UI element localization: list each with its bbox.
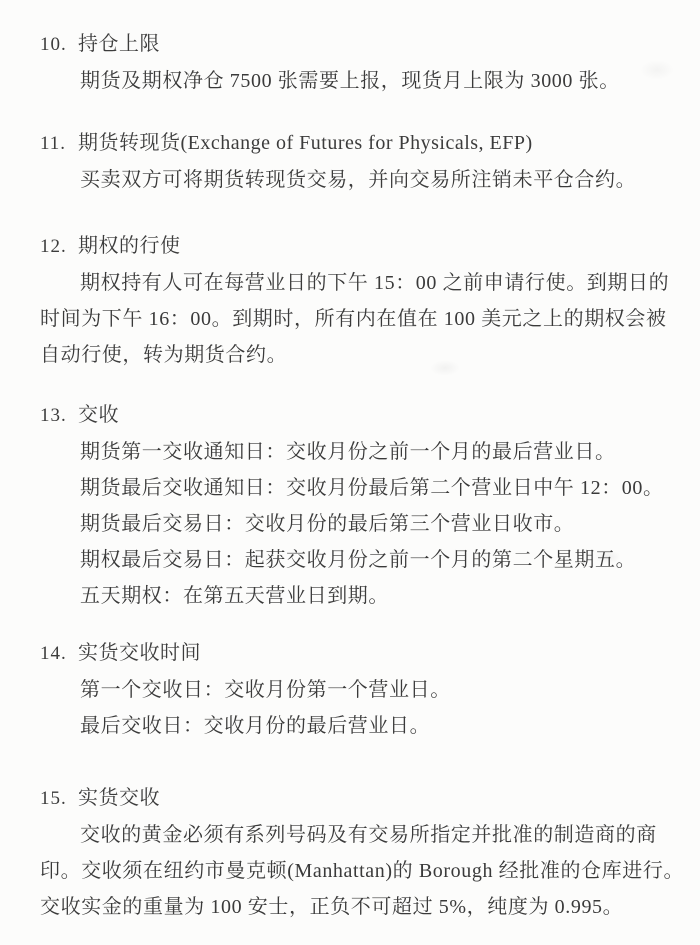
body-line: 时间为下午 16：00。到期时，所有内在值在 100 美元之上的期权会被: [40, 301, 662, 337]
section-title: 交收: [78, 404, 119, 426]
body-line: 交收的黄金必须有系列号码及有交易所指定并批准的制造商的商: [40, 817, 662, 853]
section-title: 实货交收: [78, 787, 160, 809]
section-title: 持仓上限: [78, 33, 160, 55]
body-line: 期权持有人可在每营业日的下午 15：00 之前申请行使。到期日的: [40, 265, 662, 301]
section-body: 第一个交收日：交收月份第一个营业日。 最后交收日：交收月份的最后营业日。: [40, 672, 662, 744]
body-line: 第一个交收日：交收月份第一个营业日。: [40, 672, 662, 708]
section-number: 10.: [40, 27, 78, 63]
section-heading: 13.交收: [40, 397, 662, 434]
body-line: 最后交收日：交收月份的最后营业日。: [40, 708, 662, 744]
section-body: 期权持有人可在每营业日的下午 15：00 之前申请行使。到期日的 时间为下午 1…: [40, 265, 662, 373]
section-title: 实货交收时间: [78, 642, 201, 664]
section-number: 14.: [40, 636, 78, 672]
section-number: 13.: [40, 398, 78, 434]
section-title: 期货转现货(Exchange of Futures for Physicals,…: [78, 132, 533, 154]
section-number: 15.: [40, 781, 78, 817]
section-body: 期货第一交收通知日：交收月份之前一个月的最后营业日。 期货最后交收通知日：交收月…: [40, 434, 662, 614]
body-line: 印。交收须在纽约市曼克顿(Manhattan)的 Borough 经批准的仓库进…: [40, 853, 662, 889]
section-heading: 14.实货交收时间: [40, 635, 662, 672]
body-line: 期货及期权净仓 7500 张需要上报，现货月上限为 3000 张。: [40, 63, 662, 99]
section-option-exercise: 12.期权的行使 期权持有人可在每营业日的下午 15：00 之前申请行使。到期日…: [40, 228, 662, 373]
body-line: 期货第一交收通知日：交收月份之前一个月的最后营业日。: [40, 434, 662, 470]
section-number: 12.: [40, 229, 78, 265]
scanned-document-page: { "page": { "background": "#fcfcfb", "te…: [0, 0, 700, 945]
body-line: 期货最后交收通知日：交收月份最后第二个营业日中午 12：00。: [40, 470, 662, 506]
section-physical-delivery: 15.实货交收 交收的黄金必须有系列号码及有交易所指定并批准的制造商的商 印。交…: [40, 780, 662, 925]
body-line: 买卖双方可将期货转现货交易，并向交易所注销未平仓合约。: [40, 162, 662, 198]
section-body: 买卖双方可将期货转现货交易，并向交易所注销未平仓合约。: [40, 162, 662, 198]
section-efp: 11.期货转现货(Exchange of Futures for Physica…: [40, 125, 662, 198]
body-line: 期权最后交易日：起获交收月份之前一个月的第二个星期五。: [40, 542, 662, 578]
section-body: 期货及期权净仓 7500 张需要上报，现货月上限为 3000 张。: [40, 63, 662, 99]
section-delivery: 13.交收 期货第一交收通知日：交收月份之前一个月的最后营业日。 期货最后交收通…: [40, 397, 662, 614]
body-line: 期货最后交易日：交收月份的最后第三个营业日收市。: [40, 506, 662, 542]
section-title: 期权的行使: [78, 235, 181, 257]
section-body: 交收的黄金必须有系列号码及有交易所指定并批准的制造商的商 印。交收须在纽约市曼克…: [40, 817, 662, 925]
document-body: 10.持仓上限 期货及期权净仓 7500 张需要上报，现货月上限为 3000 张…: [0, 0, 700, 945]
section-heading: 11.期货转现货(Exchange of Futures for Physica…: [40, 125, 662, 162]
body-line: 自动行使，转为期货合约。: [40, 337, 662, 373]
section-number: 11.: [40, 126, 78, 162]
section-heading: 10.持仓上限: [40, 26, 662, 63]
body-line: 五天期权：在第五天营业日到期。: [40, 578, 662, 614]
section-physical-delivery-time: 14.实货交收时间 第一个交收日：交收月份第一个营业日。 最后交收日：交收月份的…: [40, 635, 662, 744]
section-heading: 12.期权的行使: [40, 228, 662, 265]
section-position-limit: 10.持仓上限 期货及期权净仓 7500 张需要上报，现货月上限为 3000 张…: [40, 26, 662, 99]
body-line: 交收实金的重量为 100 安士，正负不可超过 5%，纯度为 0.995。: [40, 889, 662, 925]
section-heading: 15.实货交收: [40, 780, 662, 817]
